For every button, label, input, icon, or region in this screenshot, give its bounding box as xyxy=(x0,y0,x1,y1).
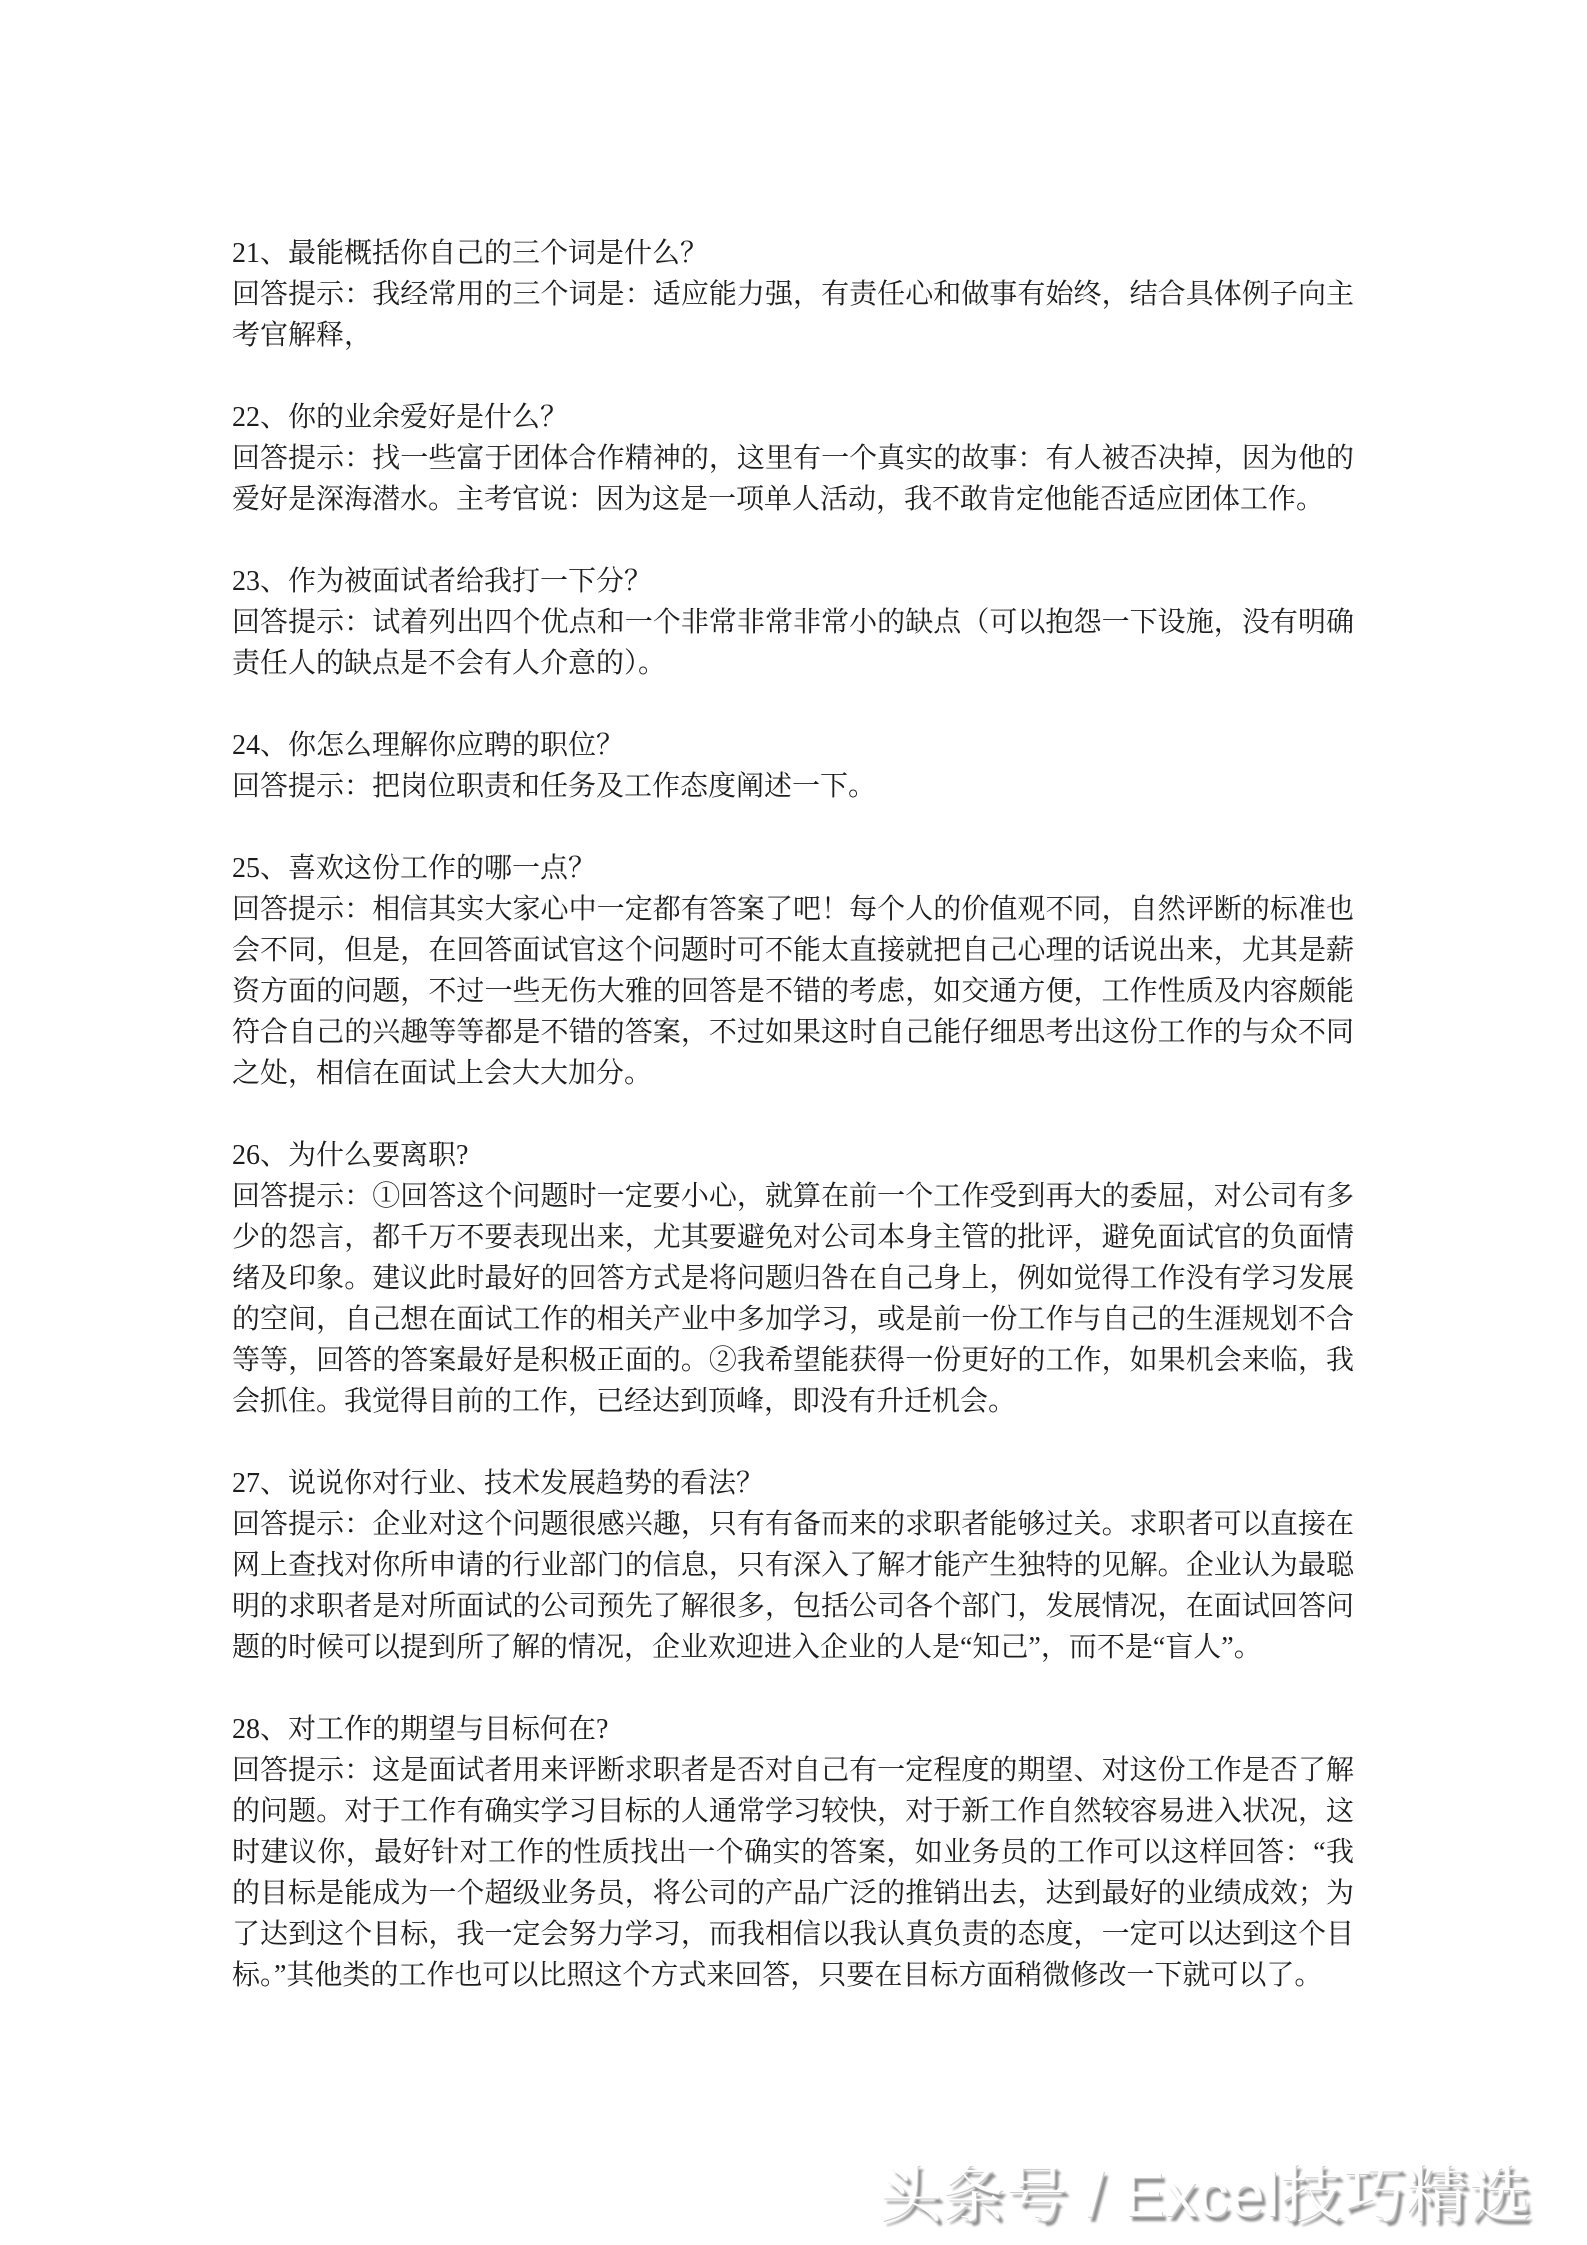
qa-list: 21、最能概括你自己的三个词是什么？ 回答提示：我经常用的三个词是：适应能力强，… xyxy=(232,233,1354,1996)
qa-item: 24、你怎么理解你应聘的职位？ 回答提示：把岗位职责和任务及工作态度阐述一下。 xyxy=(232,725,1354,807)
qa-item: 27、说说你对行业、技术发展趋势的看法？ 回答提示：企业对这个问题很感兴趣，只有… xyxy=(232,1463,1354,1668)
question-title: 26、为什么要离职? xyxy=(232,1135,1354,1176)
question-title: 25、喜欢这份工作的哪一点？ xyxy=(232,848,1354,889)
answer-hint: 回答提示：①回答这个问题时一定要小心，就算在前一个工作受到再大的委屈，对公司有多… xyxy=(232,1176,1354,1422)
qa-item: 22、你的业余爱好是什么？ 回答提示：找一些富于团体合作精神的，这里有一个真实的… xyxy=(232,397,1354,520)
question-title: 27、说说你对行业、技术发展趋势的看法？ xyxy=(232,1463,1354,1504)
answer-hint: 回答提示：这是面试者用来评断求职者是否对自己有一定程度的期望、对这份工作是否了解… xyxy=(232,1750,1354,1996)
watermark: 头条号 / Excel技巧精选 xyxy=(880,2159,1532,2233)
question-title: 21、最能概括你自己的三个词是什么？ xyxy=(232,233,1354,274)
answer-hint: 回答提示：我经常用的三个词是：适应能力强，有责任心和做事有始终，结合具体例子向主… xyxy=(232,274,1354,356)
question-title: 28、对工作的期望与目标何在? xyxy=(232,1709,1354,1750)
qa-item: 21、最能概括你自己的三个词是什么？ 回答提示：我经常用的三个词是：适应能力强，… xyxy=(232,233,1354,356)
answer-hint: 回答提示：企业对这个问题很感兴趣，只有有备而来的求职者能够过关。求职者可以直接在… xyxy=(232,1504,1354,1668)
answer-hint: 回答提示：试着列出四个优点和一个非常非常非常小的缺点（可以抱怨一下设施，没有明确… xyxy=(232,602,1354,684)
qa-item: 28、对工作的期望与目标何在? 回答提示：这是面试者用来评断求职者是否对自己有一… xyxy=(232,1709,1354,1996)
question-title: 22、你的业余爱好是什么？ xyxy=(232,397,1354,438)
qa-item: 25、喜欢这份工作的哪一点？ 回答提示：相信其实大家心中一定都有答案了吧！每个人… xyxy=(232,848,1354,1094)
answer-hint: 回答提示：把岗位职责和任务及工作态度阐述一下。 xyxy=(232,766,1354,807)
answer-hint: 回答提示：相信其实大家心中一定都有答案了吧！每个人的价值观不同，自然评断的标准也… xyxy=(232,889,1354,1094)
answer-hint: 回答提示：找一些富于团体合作精神的，这里有一个真实的故事：有人被否决掉，因为他的… xyxy=(232,438,1354,520)
qa-item: 26、为什么要离职? 回答提示：①回答这个问题时一定要小心，就算在前一个工作受到… xyxy=(232,1135,1354,1422)
qa-item: 23、作为被面试者给我打一下分？ 回答提示：试着列出四个优点和一个非常非常非常小… xyxy=(232,561,1354,684)
question-title: 24、你怎么理解你应聘的职位？ xyxy=(232,725,1354,766)
question-title: 23、作为被面试者给我打一下分？ xyxy=(232,561,1354,602)
